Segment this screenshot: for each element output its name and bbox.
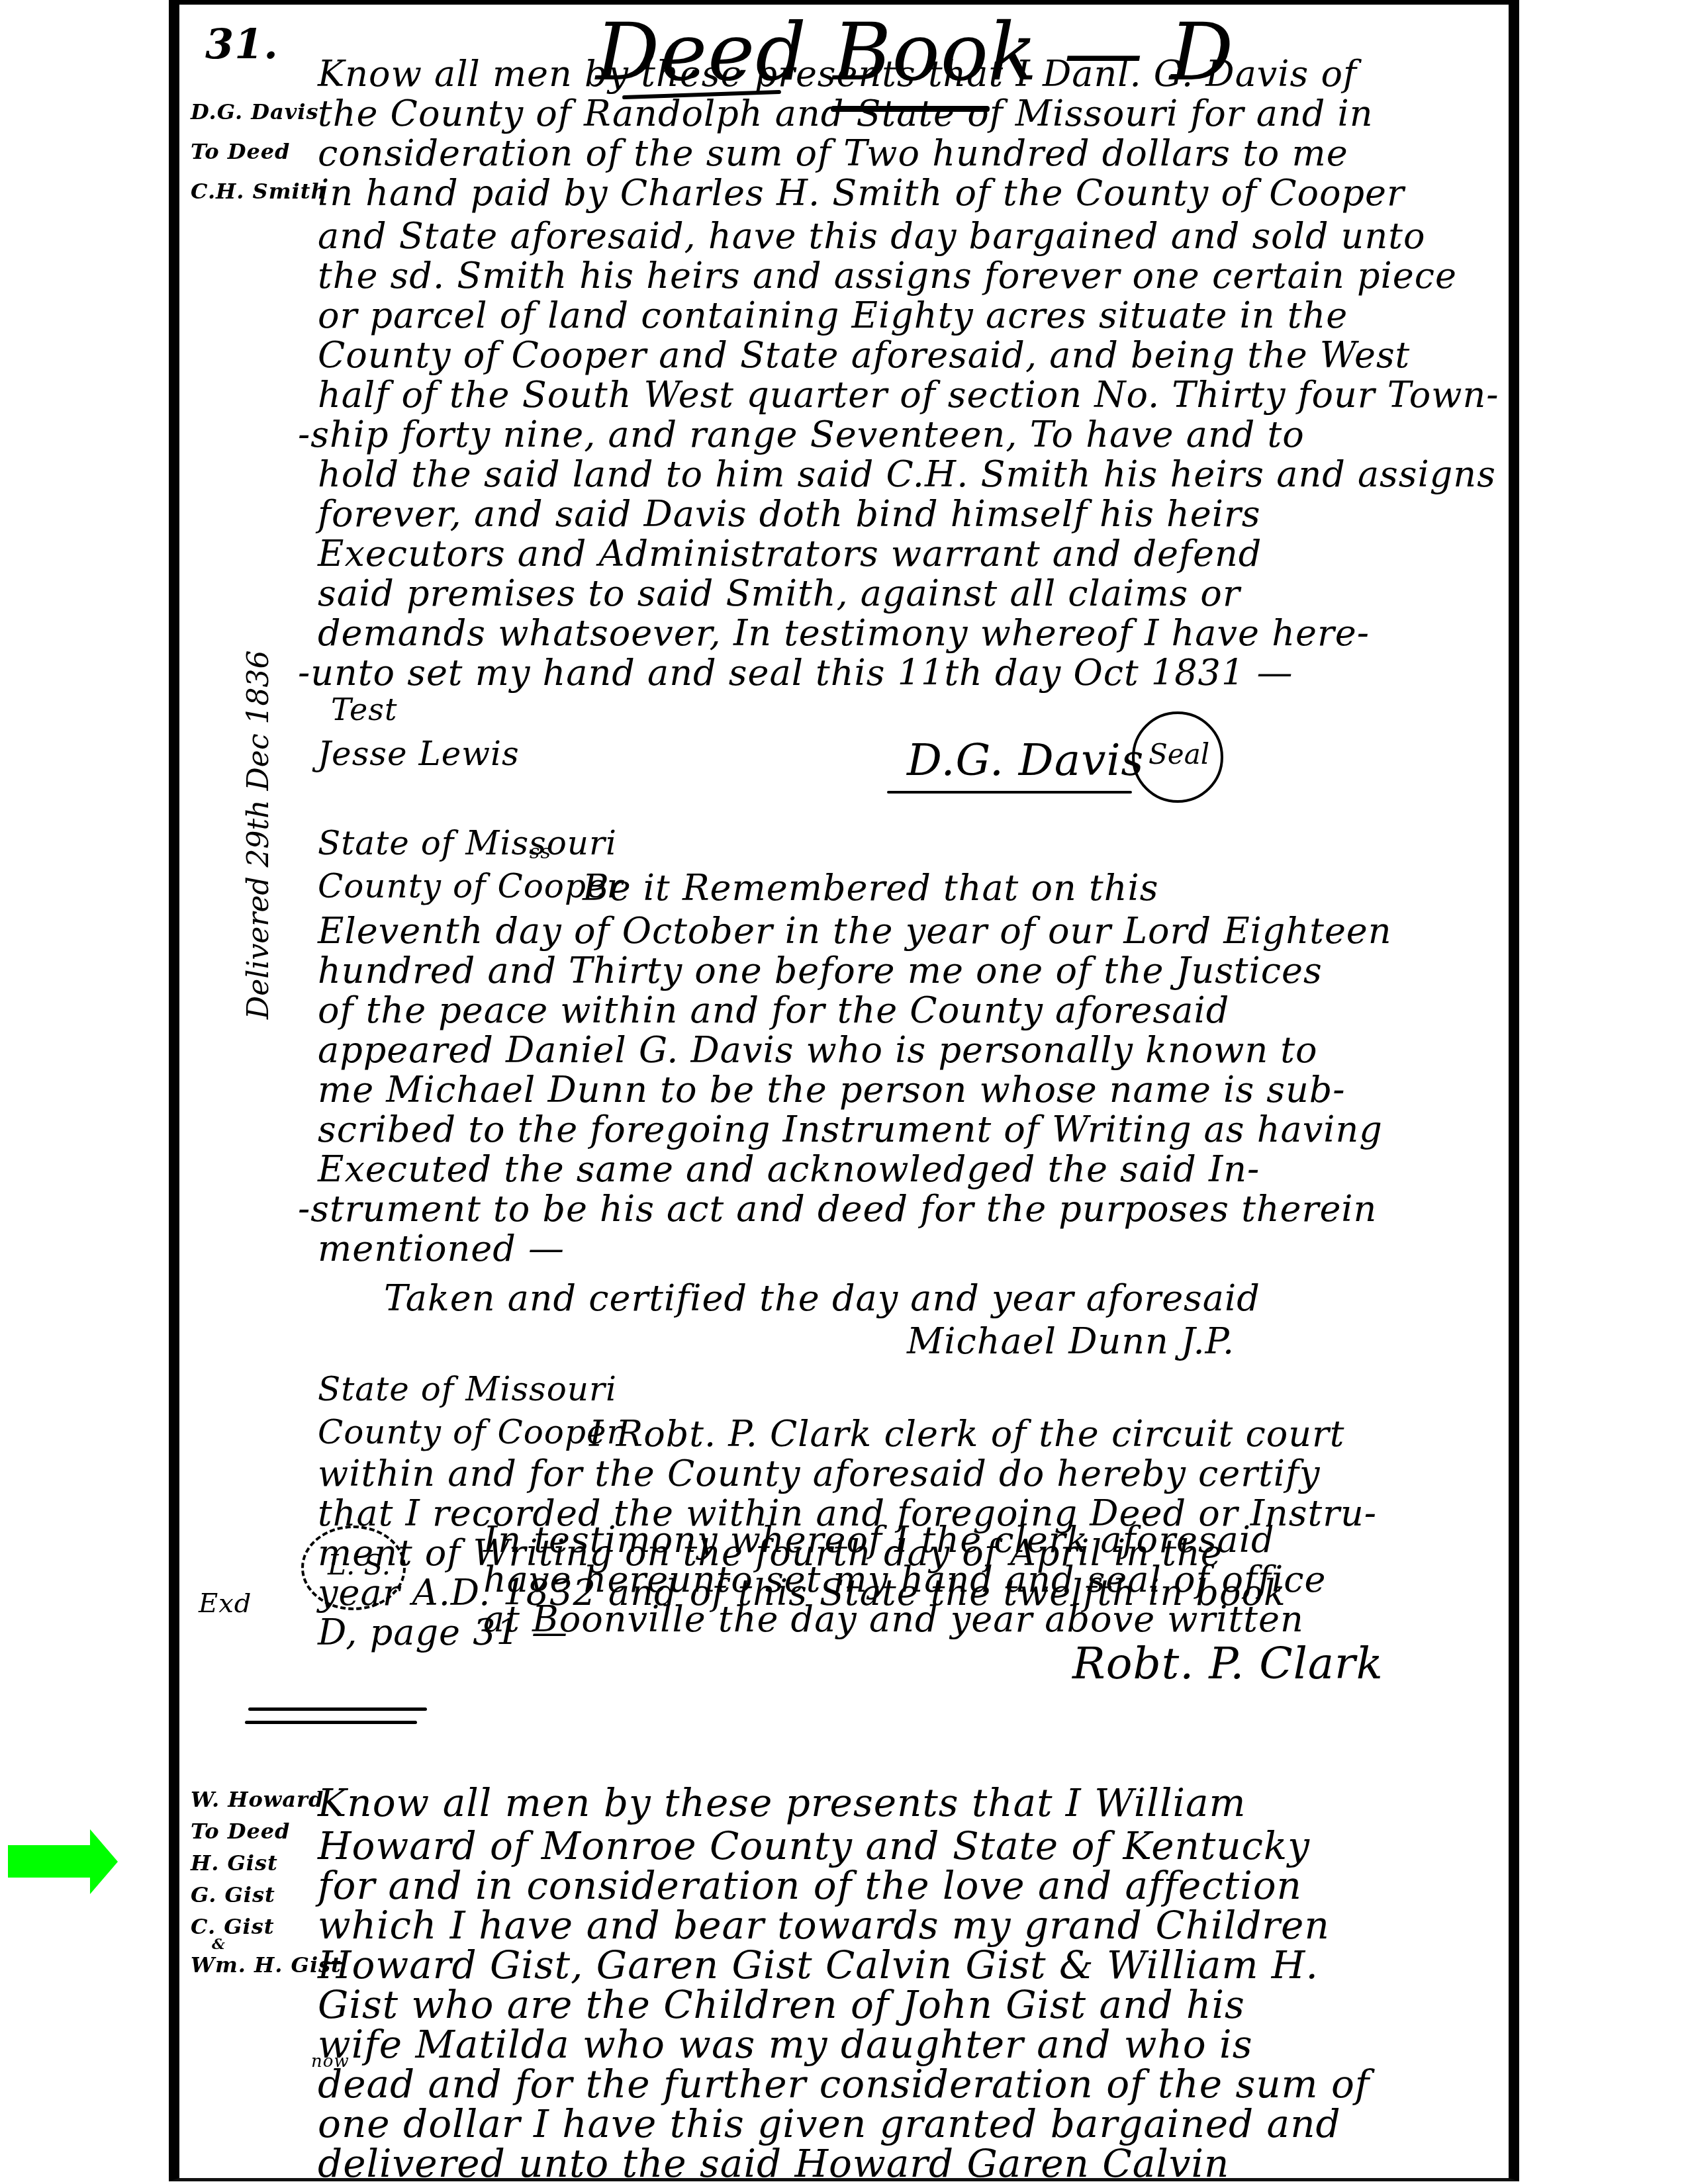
deed-line: County of Cooper and State aforesaid, an… <box>318 334 1410 376</box>
venue-county: County of Cooper <box>318 1413 623 1451</box>
deed-line: for and in consideration of the love and… <box>318 1863 1302 1908</box>
seal-label: Seal <box>1149 738 1209 770</box>
ack-line: hundred and Thirty one before me one of … <box>318 950 1323 991</box>
venue-county: County of Cooper <box>318 867 623 905</box>
deed-line: half of the South West quarter of sectio… <box>318 374 1499 416</box>
deed-line: -unto set my hand and seal this 11th day… <box>298 652 1293 694</box>
deed-line: Howard Gist, Garen Gist Calvin Gist & Wi… <box>318 1942 1319 1987</box>
deed-line: the County of Randolph and State of Miss… <box>318 93 1374 134</box>
margin-note: H. Gist <box>191 1850 278 1876</box>
recording-line: I Robt. P. Clark clerk of the circuit co… <box>589 1413 1344 1455</box>
section-divider <box>245 1721 417 1724</box>
deed-line: in hand paid by Charles H. Smith of the … <box>318 172 1405 214</box>
right-arrow-icon <box>8 1829 118 1894</box>
margin-note: W. Howard <box>191 1787 324 1812</box>
witness-name: Jesse Lewis <box>318 735 520 773</box>
ack-line: Be it Remembered that on this <box>583 867 1158 909</box>
margin-note: Exd <box>199 1588 252 1619</box>
deed-line: and State aforesaid, have this day barga… <box>318 215 1425 257</box>
certified-line: Taken and certified the day and year afo… <box>384 1277 1260 1319</box>
clerk-seal-text: L. S. <box>328 1549 391 1581</box>
ack-line: me Michael Dunn to be the person whose n… <box>318 1069 1346 1111</box>
ack-line: appeared Daniel G. Davis who is personal… <box>318 1029 1318 1071</box>
attest-label: Test <box>331 692 397 727</box>
margin-note: To Deed <box>191 1819 290 1844</box>
testimony-line: have hereunto set my hand and seal of of… <box>483 1559 1327 1600</box>
margin-note: G. Gist <box>191 1882 275 1907</box>
page-number: 31. <box>205 20 279 68</box>
signature-flourish <box>887 791 1132 794</box>
deed-line: the sd. Smith his heirs and assigns fore… <box>318 255 1457 296</box>
ack-line: scribed to the foregoing Instrument of W… <box>318 1109 1383 1150</box>
justice-signature: Michael Dunn J.P. <box>907 1320 1235 1362</box>
deed-line: Know all men by these presents that I Wi… <box>318 1780 1246 1825</box>
deed-line: dead and for the further consideration o… <box>318 2062 1370 2107</box>
margin-note: & <box>212 1936 226 1953</box>
deed-line: said premises to said Smith, against all… <box>318 572 1241 614</box>
deed-line: Know all men by these presents that I Da… <box>318 53 1357 95</box>
margin-note: D.G. Davis <box>191 99 318 124</box>
deed-line: which I have and bear towards my grand C… <box>318 1903 1330 1948</box>
grantor-signature: D.G. Davis <box>907 735 1144 786</box>
deed-line: hold the said land to him said C.H. Smit… <box>318 453 1496 495</box>
deed-line: or parcel of land containing Eighty acre… <box>318 295 1348 336</box>
testimony-line: at Boonville the day and year above writ… <box>483 1598 1304 1640</box>
deed-line: forever, and said Davis doth bind himsel… <box>318 493 1261 535</box>
deed-line: Gist who are the Children of John Gist a… <box>318 1982 1245 2027</box>
venue-ss: ss <box>530 841 551 864</box>
deed-line: Executors and Administrators warrant and… <box>318 533 1262 574</box>
ack-line: of the peace within and for the County a… <box>318 989 1229 1031</box>
testimony-line: In testimony whereof I the clerk aforesa… <box>483 1519 1275 1561</box>
ack-line: Eleventh day of October in the year of o… <box>318 910 1392 952</box>
section-divider <box>248 1707 427 1711</box>
vertical-margin-note: Delivered 29th Dec 1836 <box>242 651 275 1020</box>
venue-state: State of Missouri <box>318 824 617 862</box>
deed-line: wife Matilda who was my daughter and who… <box>318 2022 1252 2067</box>
venue-state: State of Missouri <box>318 1370 617 1408</box>
margin-note: C. Gist <box>191 1914 274 1939</box>
deed-line: delivered unto the said Howard Garen Cal… <box>318 2141 1229 2184</box>
deed-line: one dollar I have this given granted bar… <box>318 2101 1341 2146</box>
ack-line: Executed the same and acknowledged the s… <box>318 1148 1260 1190</box>
ack-line: mentioned — <box>318 1228 565 1269</box>
deed-line: consideration of the sum of Two hundred … <box>318 132 1348 174</box>
recording-line: within and for the County aforesaid do h… <box>318 1453 1321 1494</box>
deed-line: Howard of Monroe County and State of Ken… <box>318 1823 1310 1868</box>
margin-note: To Deed <box>191 139 290 164</box>
clerk-signature: Robt. P. Clark <box>1072 1638 1383 1689</box>
deed-line: -ship forty nine, and range Seventeen, T… <box>298 414 1305 455</box>
deed-line: demands whatsoever, In testimony whereof… <box>318 612 1370 654</box>
ack-line: -strument to be his act and deed for the… <box>298 1188 1377 1230</box>
margin-note: C.H. Smith <box>191 179 327 204</box>
